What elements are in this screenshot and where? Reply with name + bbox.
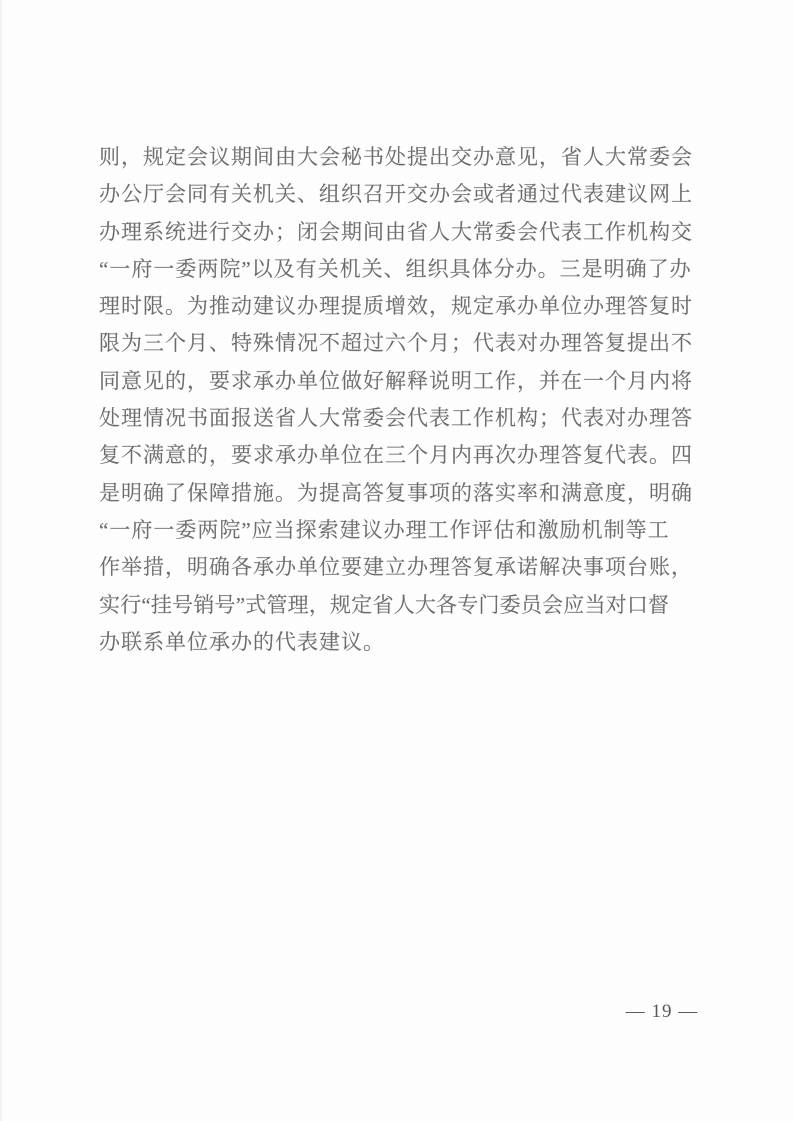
text-line: 办联系单位承办的代表建议。 [99,624,695,661]
text-line: 同意见的，要求承办单位做好解释说明工作，并在一个月内将 [99,363,695,400]
text-line: 是明确了保障措施。为提高答复事项的落实率和满意度，明确 [99,475,695,512]
text-line: “一府一委两院”以及有关机关、组织具体分办。三是明确了办 [99,251,695,288]
text-line: 限为三个月、特殊情况不超过六个月；代表对办理答复提出不 [99,325,695,362]
text-line: 办理系统进行交办；闭会期间由省人大常委会代表工作机构交 [99,214,695,251]
text-line: 办公厅会同有关机关、组织召开交办会或者通过代表建议网上 [99,176,695,213]
text-line: 复不满意的，要求承办单位在三个月内再次办理答复代表。四 [99,437,695,474]
text-line: “一府一委两院”应当探索建议办理工作评估和激励机制等工 [99,512,695,549]
text-line: 则，规定会议期间由大会秘书处提出交办意见，省人大常委会 [99,139,695,176]
text-line: 作举措，明确各承办单位要建立办理答复承诺解决事项台账， [99,549,695,586]
document-page: 则，规定会议期间由大会秘书处提出交办意见，省人大常委会 办公厅会同有关机关、组织… [0,0,793,1121]
text-line: 实行“挂号销号”式管理，规定省人大各专门委员会应当对口督 [99,587,695,624]
body-text-block: 则，规定会议期间由大会秘书处提出交办意见，省人大常委会 办公厅会同有关机关、组织… [99,139,695,661]
text-line: 理时限。为推动建议办理提质增效，规定承办单位办理答复时 [99,288,695,325]
page-number: — 19 — [622,999,702,1025]
text-line: 处理情况书面报送省人大常委会代表工作机构；代表对办理答 [99,400,695,437]
scan-edge-shadow [0,0,3,1121]
